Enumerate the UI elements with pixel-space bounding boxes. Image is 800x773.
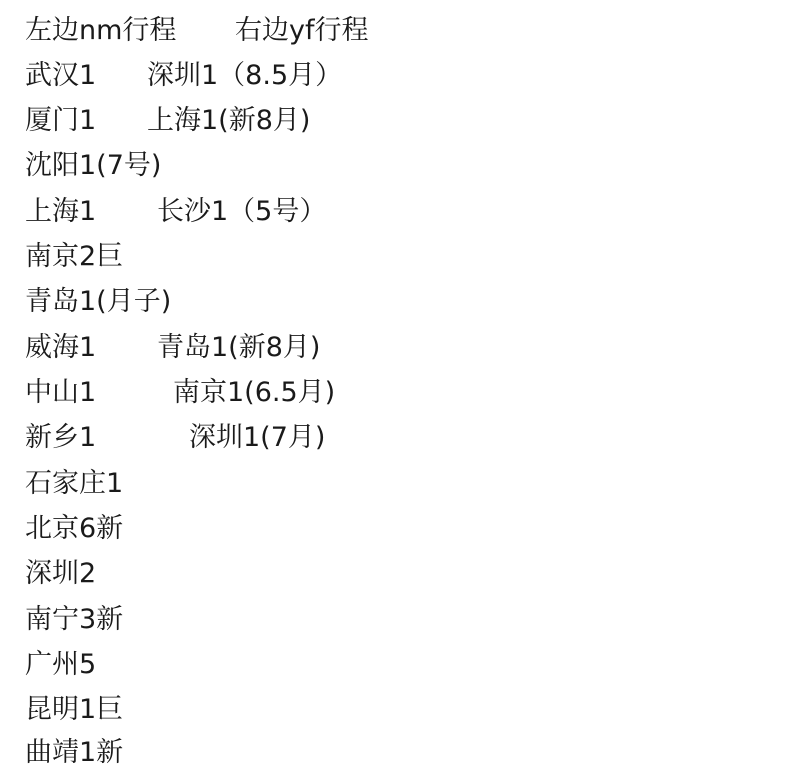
itinerary-row: 石家庄1 bbox=[0, 462, 800, 506]
itinerary-row: 昆明1巨 bbox=[0, 688, 800, 732]
left-entry: 新乡1 bbox=[25, 416, 96, 460]
left-entry: 昆明1巨 bbox=[25, 688, 123, 732]
itinerary-row: 威海1 青岛1(新8月) bbox=[0, 326, 800, 370]
itinerary-row: 沈阳1(7号) bbox=[0, 144, 800, 188]
itinerary-row: 广州5 bbox=[0, 643, 800, 687]
itinerary-row: 青岛1(月子) bbox=[0, 280, 800, 324]
itinerary-row: 厦门1 上海1(新8月) bbox=[0, 99, 800, 143]
itinerary-row: 上海1 长沙1（5号） bbox=[0, 190, 800, 234]
itinerary-row: 曲靖1新 bbox=[0, 731, 800, 773]
left-entry: 威海1 bbox=[25, 326, 96, 370]
left-entry: 曲靖1新 bbox=[25, 731, 123, 773]
left-entry: 武汉1 bbox=[25, 54, 96, 98]
note-document: 左边nm行程 右边yf行程 武汉1 深圳1（8.5月） 厦门1 上海1(新8月)… bbox=[0, 0, 800, 773]
left-entry: 青岛1(月子) bbox=[25, 280, 171, 324]
right-entry: 深圳1(7月) bbox=[189, 416, 325, 460]
left-entry: 北京6新 bbox=[25, 507, 123, 551]
left-entry: 南宁3新 bbox=[25, 598, 123, 642]
header-right-label: 右边yf行程 bbox=[235, 9, 368, 53]
right-entry: 长沙1（5号） bbox=[157, 190, 326, 234]
right-entry: 上海1(新8月) bbox=[147, 99, 310, 143]
left-entry: 中山1 bbox=[25, 371, 96, 415]
left-entry: 上海1 bbox=[25, 190, 96, 234]
itinerary-row: 南京2巨 bbox=[0, 235, 800, 279]
left-entry: 深圳2 bbox=[25, 552, 96, 596]
itinerary-row: 北京6新 bbox=[0, 507, 800, 551]
right-entry: 南京1(6.5月) bbox=[173, 371, 335, 415]
right-entry: 青岛1(新8月) bbox=[157, 326, 320, 370]
header-left-label: 左边nm行程 bbox=[25, 9, 176, 53]
itinerary-row: 新乡1 深圳1(7月) bbox=[0, 416, 800, 460]
left-entry: 厦门1 bbox=[25, 99, 96, 143]
itinerary-row: 中山1 南京1(6.5月) bbox=[0, 371, 800, 415]
left-entry: 沈阳1(7号) bbox=[25, 144, 161, 188]
itinerary-row: 南宁3新 bbox=[0, 598, 800, 642]
right-entry: 深圳1（8.5月） bbox=[147, 54, 342, 98]
itinerary-row: 武汉1 深圳1（8.5月） bbox=[0, 54, 800, 98]
header-line: 左边nm行程 右边yf行程 bbox=[0, 9, 800, 53]
left-entry: 广州5 bbox=[25, 643, 96, 687]
itinerary-row: 深圳2 bbox=[0, 552, 800, 596]
left-entry: 石家庄1 bbox=[25, 462, 123, 506]
left-entry: 南京2巨 bbox=[25, 235, 123, 279]
